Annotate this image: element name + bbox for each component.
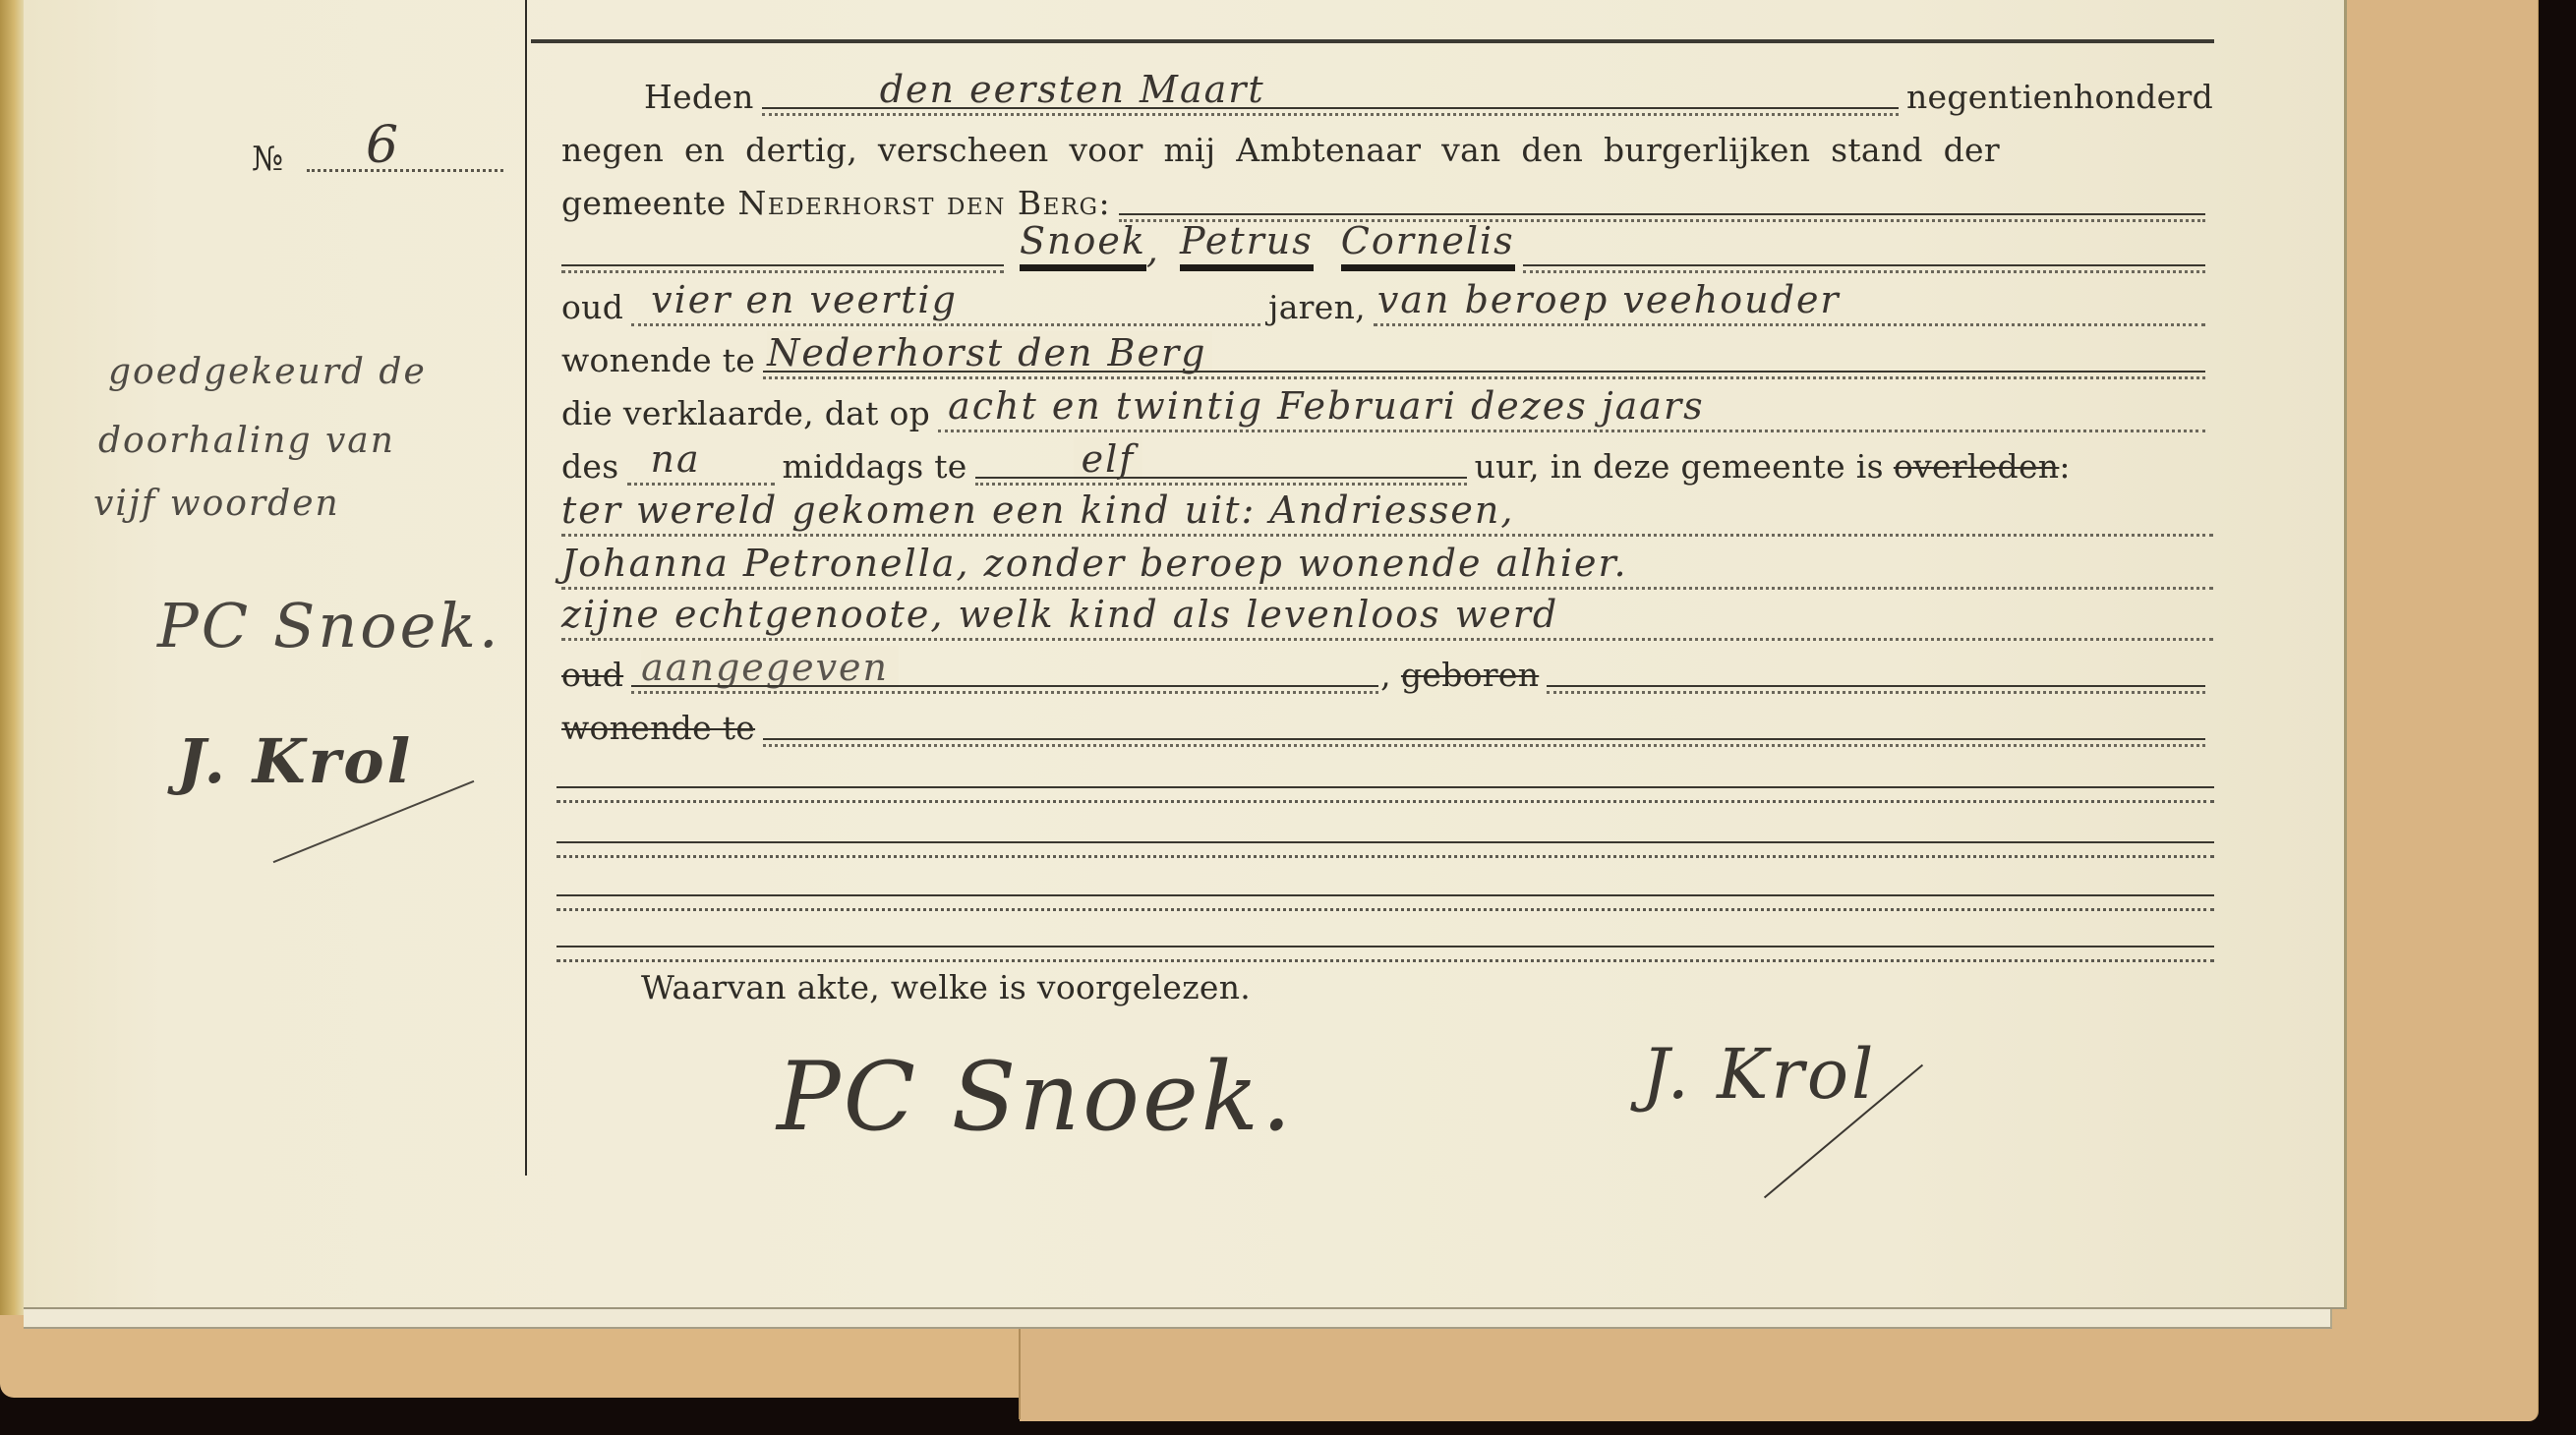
form-line-time: des na middags te elf uur, in deze gemee… <box>561 440 2213 486</box>
blank-row-2 <box>556 841 2214 858</box>
hand-residence: Nederhorst den Berg <box>767 331 1212 374</box>
struck-wonende-te: wonende te <box>561 709 755 747</box>
field-geboren <box>1547 658 2205 694</box>
field-event-date: acht en twintig Februari dezes jaars <box>938 396 2205 432</box>
form-line-municipality: gemeente Nederhorst den Berg: <box>561 177 2213 222</box>
label-die-verklaarde: die verklaarde, dat op <box>561 394 930 432</box>
hand-event-date: acht en twintig Februari dezes jaars <box>948 384 1705 428</box>
label-wonende-te: wonende te <box>561 341 755 379</box>
field-hand-2: Johanna Petronella, zonder beroep wonend… <box>561 553 2213 590</box>
form-line-wonende-struck: wonende te <box>561 702 2213 747</box>
top-rule <box>531 39 2214 43</box>
blank-row-3 <box>556 894 2214 911</box>
margin-note-line-1: goedgekeurd de <box>108 352 427 392</box>
form-line-hand-3: zijne echtgenoote, welk kind als levenlo… <box>561 596 2213 641</box>
label-des: des <box>561 447 619 486</box>
form-line-hand-1: ter wereld gekomen een kind uit: Andries… <box>561 491 2213 537</box>
margin-rule <box>525 0 527 1176</box>
hand-part-of-day: na <box>651 437 701 481</box>
margin-signature-official: J. Krol <box>177 725 413 797</box>
signature-declarant: PC Snoek. <box>777 1042 1294 1152</box>
hand-text-2: Johanna Petronella, zonder beroep wonend… <box>561 542 1628 585</box>
field-date: den eersten Maart <box>762 80 1899 116</box>
hand-age: vier en veertig <box>651 278 958 321</box>
closing-line: Waarvan akte, welke is voorgelezen. <box>641 961 1526 1006</box>
hand-given-name-2: Cornelis <box>1341 219 1515 271</box>
form-line-hand-2: Johanna Petronella, zonder beroep wonend… <box>561 545 2213 590</box>
record-number-value: 6 <box>366 116 398 175</box>
label-uur: uur, in deze gemeente is <box>1475 447 1884 486</box>
field-residence: Nederhorst den Berg <box>763 343 2205 379</box>
colon: : <box>2059 447 2070 486</box>
closing-text: Waarvan akte, welke is voorgelezen. <box>641 968 1251 1006</box>
form-line-event-date: die verklaarde, dat op acht en twintig F… <box>561 387 2213 432</box>
municipality-name: Nederhorst den Berg: <box>737 184 1111 222</box>
field-wonende-struck <box>763 711 2205 747</box>
blank-row-1 <box>556 786 2214 803</box>
blank-row-4 <box>556 946 2214 962</box>
text-intro: negen en dertig, verscheen voor mij Ambt… <box>561 131 2000 169</box>
form-line-date: Heden den eersten Maart negentienhonderd <box>561 71 2213 116</box>
label-jaren: jaren, <box>1268 288 1366 326</box>
field-hour: elf <box>975 449 1467 486</box>
signature-official: J. Krol <box>1642 1034 1876 1115</box>
field-name-trail <box>1523 237 2205 273</box>
hand-text-3: zijne echtgenoote, welk kind als levenlo… <box>561 593 1558 636</box>
hand-occupation: van beroep veehouder <box>1377 278 1841 321</box>
field-occupation: van beroep veehouder <box>1374 290 2205 326</box>
record-number-dots <box>307 169 503 172</box>
margin-note-line-2: doorhaling van <box>98 421 395 461</box>
margin-note-line-3: vijf woorden <box>93 484 340 524</box>
hand-text-1: ter wereld gekomen een kind uit: Andries… <box>561 488 1514 532</box>
struck-geboren: geboren <box>1401 656 1539 694</box>
hand-date: den eersten Maart <box>880 68 1265 111</box>
form-line-residence: wonende te Nederhorst den Berg <box>561 334 2213 379</box>
struck-overleden: overleden <box>1894 447 2060 486</box>
field-municipality <box>1119 186 2205 222</box>
field-part-of-day: na <box>627 449 775 486</box>
record-number-label: № <box>252 140 283 179</box>
label-middags-te: middags te <box>783 447 967 486</box>
hand-given-name-1: Petrus <box>1180 219 1314 271</box>
margin-signature-declarant: PC Snoek. <box>157 590 501 661</box>
name-comma: , <box>1146 228 1160 271</box>
backing-seam <box>1019 1313 1021 1419</box>
field-hand-3: zijne echtgenoote, welk kind als levenlo… <box>561 604 2213 641</box>
hand-hour: elf <box>1074 437 1143 481</box>
hand-aangegeven: aangegeven <box>641 646 899 689</box>
field-hand-1: ter wereld gekomen een kind uit: Andries… <box>561 500 2213 537</box>
form-line-aangegeven: oud aangegeven , geboren <box>561 649 2213 694</box>
field-name-lead <box>561 237 1004 273</box>
field-aangegeven: aangegeven <box>631 658 1378 694</box>
label-negentienhonderd: negentienhonderd <box>1906 78 2213 116</box>
label-oud: oud <box>561 288 623 326</box>
comma: , <box>1380 656 1391 694</box>
struck-oud: oud <box>561 656 623 694</box>
binding-strip <box>0 0 24 1315</box>
form-line-declarant-name: Snoek , Petrus Cornelis <box>561 228 2213 273</box>
field-age: vier en veertig <box>631 290 1260 326</box>
hand-surname: Snoek <box>1020 219 1146 271</box>
label-gemeente: gemeente <box>561 184 726 222</box>
form-line-intro: negen en dertig, verscheen voor mij Ambt… <box>561 124 2213 169</box>
form-line-age-occupation: oud vier en veertig jaren, van beroep ve… <box>561 281 2213 326</box>
label-heden: Heden <box>644 78 754 116</box>
